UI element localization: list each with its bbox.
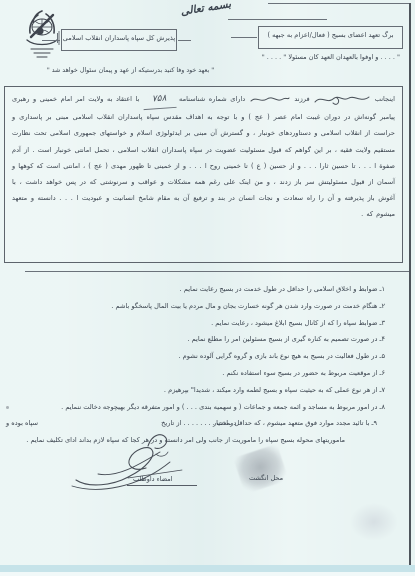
logo-side-text bbox=[57, 31, 59, 45]
item9-lead-text: ۹ـ با تائید مجدد موارد فوق متعهد میشوم ،… bbox=[161, 415, 377, 432]
form-title-box: برگ تعهد اعضای بسیج ( فعال/اعزام به جبهه… bbox=[258, 26, 403, 49]
pledge-pronoun: اینجانب bbox=[375, 95, 395, 103]
handwritten-name bbox=[313, 93, 371, 105]
quran-verse: " . . . . و اوفوا بالعهدان العهد کان مسئ… bbox=[208, 53, 400, 61]
fingerprint-place-label: محل انگشت bbox=[249, 474, 283, 482]
bismillah-calligraphy: بسمه تعالی bbox=[174, 0, 239, 33]
bismillah-underline bbox=[228, 19, 327, 20]
item9-tail-text: سپاه بوده و bbox=[6, 415, 38, 432]
fingerprint-mark bbox=[233, 444, 288, 494]
scan-bottom-strip bbox=[0, 565, 415, 572]
title-box-flank-line bbox=[231, 37, 257, 38]
commitment-item: ۸ـ در امور مربوط به مساجد و ائمه جمعه و … bbox=[12, 399, 385, 416]
irgc-emblem-icon bbox=[24, 7, 60, 59]
pledge-id-label: دارای شماره شناسنامه bbox=[179, 95, 245, 103]
handwritten-id-number: ۷۵۸ bbox=[142, 90, 176, 110]
scan-top-edge-line bbox=[268, 3, 410, 4]
commitment-item: ۶ـ از موقعیت مربوط به حضور در بسیج سوء ا… bbox=[12, 365, 385, 382]
form-title: برگ تعهد اعضای بسیج ( فعال/اعزام به جبهه… bbox=[259, 32, 402, 39]
box-shadow-line bbox=[25, 271, 409, 272]
commitment-item: ۱ـ ضوابط و اخلاق اسلامی را حداقل در طول … bbox=[12, 281, 385, 298]
scan-bottom-edge bbox=[0, 572, 415, 576]
commitments-list: ۱ـ ضوابط و اخلاق اسلامی را حداقل در طول … bbox=[12, 281, 385, 449]
signature-underline bbox=[127, 485, 197, 486]
acceptance-office-title: پذیرش کل سپاه پاسداران انقلاب اسلامی bbox=[62, 35, 176, 42]
pledge-body-text: با اعتقاد به ولایت امر امام خمینی و رهبر… bbox=[12, 95, 395, 218]
scan-smudge bbox=[350, 503, 398, 541]
pledge-box: اینجانب فرزند دارای شماره شناسنامه ۷۵۸ ب… bbox=[4, 86, 403, 263]
pledge-paragraph: اینجانب فرزند دارای شماره شناسنامه ۷۵۸ ب… bbox=[12, 91, 395, 223]
acceptance-box-flank-left bbox=[42, 40, 60, 41]
volunteer-signature-label: امضاء داوطلب bbox=[133, 475, 173, 483]
scanned-pledge-form: بسمه تعالی برگ تعهد اعضای بسیج ( فعال/اع… bbox=[0, 0, 415, 576]
commitment-item: ۷ـ از هر نوع عملی که به حیثیت سپاه و بسی… bbox=[12, 382, 385, 399]
irgc-emblem-logo bbox=[24, 7, 60, 59]
ink-speck bbox=[6, 406, 9, 409]
item9-custody-label: در اختیار bbox=[213, 415, 236, 432]
commitment-item: ۳ـ ضوابط سپاه را که از کانال بسیج ابلاغ … bbox=[12, 315, 385, 332]
scan-right-edge-line bbox=[409, 3, 411, 570]
commitment-item: ۴ـ در صورت تصمیم به کناره گیری از بسیج م… bbox=[12, 331, 385, 348]
pledge-father-label: فرزند bbox=[294, 95, 309, 103]
handwritten-father-name bbox=[249, 93, 291, 105]
commitment-item: ۵ـ در طول فعالیت در بسیج به هیچ نوع باند… bbox=[12, 348, 385, 365]
quran-verse-translation: " بعهد خود وفا کنید بدرستیکه از عهد و پی… bbox=[28, 67, 233, 74]
acceptance-box-flank-right bbox=[178, 40, 191, 41]
acceptance-office-box: پذیرش کل سپاه پاسداران انقلاب اسلامی bbox=[61, 29, 177, 51]
commitment-item: ۲ـ هنگام خدمت در صورت وارد شدن هر گونه خ… bbox=[12, 298, 385, 315]
